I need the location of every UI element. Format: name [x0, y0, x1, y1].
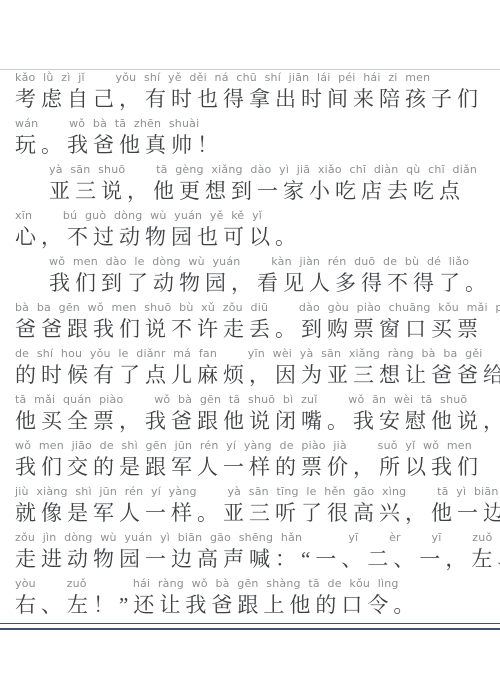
text-line: wǒ men jiāo de shì gēn jūn rén yí yàng d… — [15, 439, 495, 485]
text-line: zǒu jìn dòng wù yuán yì biān gāo shēng h… — [15, 531, 495, 577]
text-line: tā mǎi quán piào wǒ bà gēn tā shuō bì zu… — [15, 393, 495, 439]
text-line: wán wǒ bà tā zhēn shuài玩。我爸他真帅！ — [15, 117, 495, 163]
pinyin-row: yòu zuǒ hái ràng wǒ bà gēn shàng tā de k… — [15, 577, 495, 591]
text-line: yòu zuǒ hái ràng wǒ bà gēn shàng tā de k… — [15, 577, 495, 623]
text-line: wǒ men dào le dòng wù yuán kàn jiàn rén … — [15, 255, 495, 301]
bottom-double-rule — [0, 623, 500, 630]
pinyin-row: wǒ men dào le dòng wù yuán kàn jiàn rén … — [49, 255, 495, 269]
pinyin-row: wǒ men jiāo de shì gēn jūn rén yí yàng d… — [15, 439, 495, 453]
pinyin-row: jiù xiàng shì jūn rén yí yàng yà sān tīn… — [15, 485, 495, 499]
text-line: yà sān shuō tā gèng xiǎng dào yì jiā xiǎ… — [15, 163, 495, 209]
text-line: kǎo lǜ zì jǐ yǒu shí yě děi ná chū shí j… — [15, 71, 495, 117]
pinyin-row: yà sān shuō tā gèng xiǎng dào yì jiā xiǎ… — [49, 163, 495, 177]
hanzi-row: 玩。我爸他真帅！ — [15, 131, 495, 160]
hanzi-row: 的时候有了点儿麻烦，因为亚三想让爸爸给 — [15, 361, 495, 390]
hanzi-row: 考虑自己，有时也得拿出时间来陪孩子们 — [15, 85, 495, 114]
hanzi-row: 亚三说，他更想到一家小吃店去吃点 — [49, 177, 495, 206]
hanzi-row: 就像是军人一样。亚三听了很高兴，他一边 — [15, 499, 495, 528]
pinyin-row: tā mǎi quán piào wǒ bà gēn tā shuō bì zu… — [15, 393, 495, 407]
scanned-book-page: kǎo lǜ zì jǐ yǒu shí yě děi ná chū shí j… — [0, 0, 500, 700]
text-line: de shí hou yǒu le diǎnr má fan yīn wèi y… — [15, 347, 495, 393]
text-area: kǎo lǜ zì jǐ yǒu shí yě děi ná chū shí j… — [15, 71, 495, 623]
pinyin-row: kǎo lǜ zì jǐ yǒu shí yě děi ná chū shí j… — [15, 71, 495, 85]
hanzi-row: 走进动物园一边高声喊：“一、二、一，左、 — [15, 545, 495, 574]
pinyin-row: bà ba gēn wǒ men shuō bù xǔ zǒu diū dào … — [15, 301, 495, 315]
text-line: jiù xiàng shì jūn rén yí yàng yà sān tīn… — [15, 485, 495, 531]
text-line: xīn bú guò dòng wù yuán yě kě yǐ心，不过动物园也… — [15, 209, 495, 255]
top-rule — [0, 69, 500, 70]
hanzi-row: 我们到了动物园，看见人多得不得了。 — [49, 269, 495, 298]
pinyin-row: de shí hou yǒu le diǎnr má fan yīn wèi y… — [15, 347, 495, 361]
hanzi-row: 右、左！”还让我爸跟上他的口令。 — [15, 591, 495, 620]
pinyin-row: zǒu jìn dòng wù yuán yì biān gāo shēng h… — [15, 531, 495, 545]
hanzi-row: 爸爸跟我们说不许走丢。到购票窗口买票 — [15, 315, 495, 344]
text-line: bà ba gēn wǒ men shuō bù xǔ zǒu diū dào … — [15, 301, 495, 347]
hanzi-row: 他买全票，我爸跟他说闭嘴。我安慰他说， — [15, 407, 495, 436]
hanzi-row: 我们交的是跟军人一样的票价，所以我们 — [15, 453, 495, 482]
pinyin-row: xīn bú guò dòng wù yuán yě kě yǐ — [15, 209, 495, 223]
pinyin-row: wán wǒ bà tā zhēn shuài — [15, 117, 495, 131]
hanzi-row: 心，不过动物园也可以。 — [15, 223, 495, 252]
